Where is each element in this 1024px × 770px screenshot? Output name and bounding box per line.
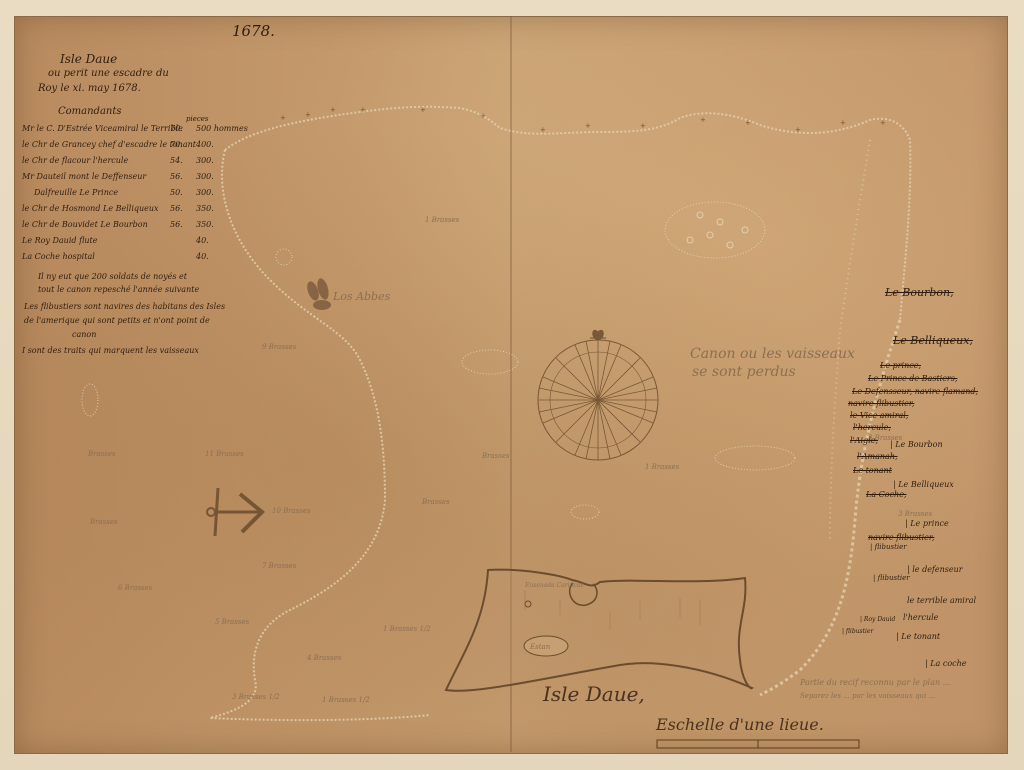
wreck-label: | Le Bourbon [890, 440, 943, 449]
svg-text:+: + [745, 119, 751, 127]
sounding-label: 1 Brasses [425, 216, 459, 224]
map-graphics: ++++ ++++ ++++ ++ [0, 0, 1024, 770]
wreck-label: | Roy Dauid [860, 616, 895, 623]
port-label: Ensenada Cariucas [525, 582, 583, 589]
wreck-label: Le Bourbon, [885, 286, 954, 299]
wreck-label: Le prince, [880, 361, 921, 370]
wreck-label: Le tonant [853, 466, 892, 475]
svg-text:+: + [540, 126, 546, 134]
anchor-icon [207, 488, 262, 536]
wreck-label: l'hercule [903, 613, 938, 622]
wreck-label: l'Amanah, [857, 452, 898, 461]
bottom-faint-note-2: Separez les ... par les vaisseaux qui ..… [800, 692, 935, 700]
wreck-label: Le Prince de Bastiers, [868, 374, 957, 383]
wreck-label: le terrible amiral [907, 596, 976, 605]
svg-text:+: + [420, 106, 426, 114]
wreck-label: | flibustier [870, 543, 907, 551]
wreck-label: | flibustier [842, 628, 873, 635]
los-abbes-islets [305, 277, 331, 310]
sounding-label: Brasses [88, 450, 116, 458]
svg-text:+: + [795, 126, 801, 134]
sounding-label: 10 Brasses [272, 507, 311, 515]
wreck-label: | La coche [925, 659, 967, 668]
bottom-faint-note-1: Partie du recif reconnu par le plan ... [800, 678, 950, 687]
sounding-label: 6 Brasses [118, 584, 152, 592]
sounding-label: 4 Brasses [307, 654, 341, 662]
sounding-label: 1 Brasses 1/2 [383, 625, 431, 633]
wreck-label: l'Aigle, [850, 436, 878, 445]
wreck-label: | Le Belliqueux [893, 480, 954, 489]
lagoon-label: Estan [530, 643, 550, 651]
svg-text:+: + [330, 106, 336, 114]
compass-rose-icon [538, 330, 658, 460]
sounding-label: 9 Brasses [262, 343, 296, 351]
sounding-label: 1 Brasses 1/2 [322, 696, 370, 704]
wreck-label: | Le tonant [896, 632, 940, 641]
wreck-label: navire flibustier, [868, 533, 934, 542]
reef-note-2: se sont perdus [692, 364, 796, 380]
sounding-label: 11 Brasses [205, 450, 244, 458]
wreck-label: navire flibustier, [848, 399, 914, 408]
sounding-label: 5 Brasses [215, 618, 249, 626]
sounding-label: 7 Brasses [262, 562, 296, 570]
wreck-label: | flibustier [873, 574, 910, 582]
svg-text:+: + [480, 112, 486, 120]
reef-note-1: Canon ou les vaisseaux [690, 346, 855, 362]
scale-label: Eschelle d'une lieue. [656, 715, 824, 734]
svg-text:+: + [880, 119, 886, 127]
svg-text:+: + [360, 106, 366, 114]
islet-label: Los Abbes [333, 290, 390, 303]
svg-text:+: + [585, 122, 591, 130]
wreck-label: Le Belliqueux, [893, 334, 973, 347]
sounding-label: 3 Brasses [898, 510, 932, 518]
scale-bar [657, 740, 859, 748]
sounding-label: Brasses [482, 452, 510, 460]
svg-text:+: + [640, 122, 646, 130]
wreck-label: le Vice amiral, [850, 411, 908, 420]
svg-text:+: + [840, 119, 846, 127]
shoal-cluster-ne [665, 202, 765, 258]
svg-text:+: + [700, 116, 706, 124]
sounding-label: Brasses [422, 498, 450, 506]
wreck-label: | Le prince [905, 519, 949, 528]
shoal-cluster-mid [82, 249, 795, 519]
island-name: Isle Daue, [543, 682, 645, 706]
sounding-label: 3 Brasses 1/2 [232, 693, 280, 701]
wreck-label: | le defenseur [907, 565, 963, 574]
reef-line-left [210, 150, 430, 720]
wreck-label: l'hercule, [853, 423, 891, 432]
island-outline [446, 570, 752, 691]
sounding-label: Brasses [90, 518, 118, 526]
wreck-label: Le Defensseur, navire flamand, [852, 387, 978, 396]
svg-text:+: + [305, 111, 311, 119]
svg-text:+: + [280, 114, 286, 122]
sounding-label: 1 Brasses [645, 463, 679, 471]
wreck-label: La Coche, [866, 490, 906, 499]
